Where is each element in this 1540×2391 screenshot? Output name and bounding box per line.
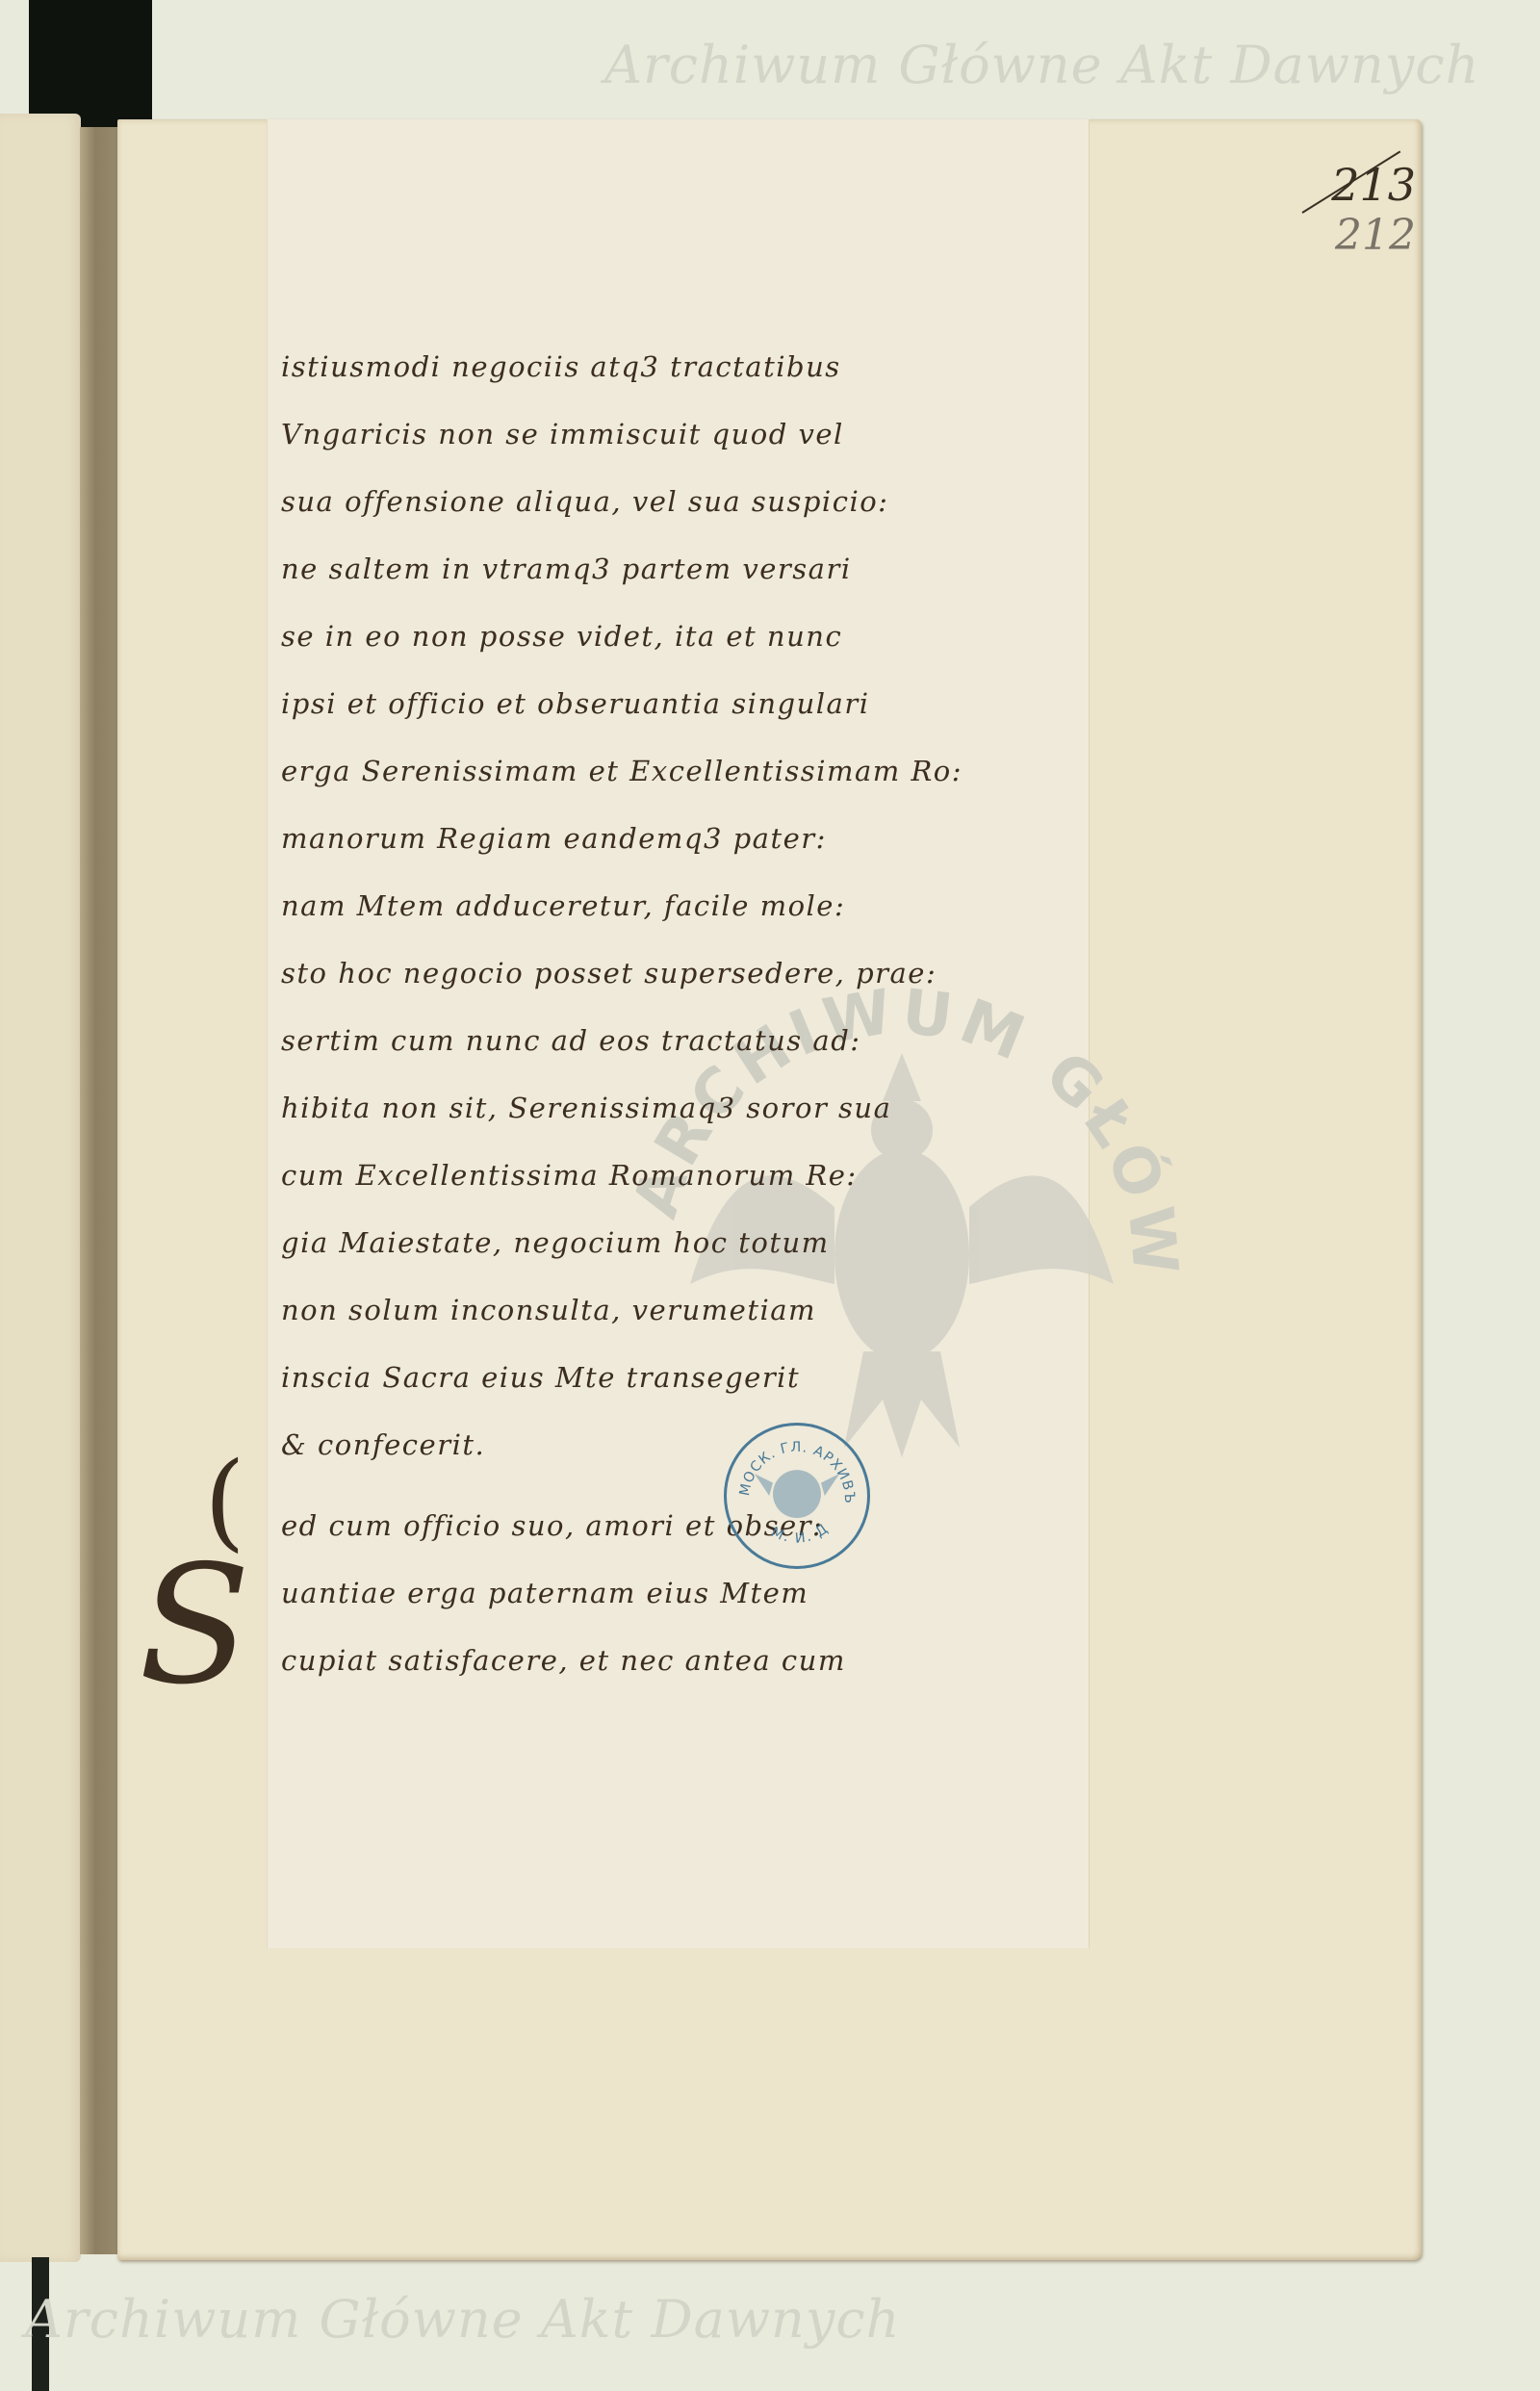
book-gutter bbox=[80, 127, 118, 2254]
text-line: gia Maiestate, negocium hoc totum bbox=[281, 1209, 1090, 1276]
folio-new-number: 212 bbox=[1331, 214, 1416, 258]
folio-old-number: 213 bbox=[1331, 162, 1416, 208]
archive-ink-stamp: МОСК. ГЛ. АРХИВЪ М. И. Д. bbox=[724, 1423, 870, 1569]
text-line: & confecerit. bbox=[281, 1411, 1090, 1478]
manuscript-text: istiusmodi negociis atq3 tractatibus Vng… bbox=[281, 333, 1090, 1694]
text-line: insciа Sacra eius Mte transegerit bbox=[281, 1344, 1090, 1411]
decorative-initial: S bbox=[139, 1544, 250, 1708]
text-line: sua offensione aliqua, vel sua suspicio: bbox=[281, 468, 1090, 535]
archive-watermark-bottom: Archiwum Główne Akt Dawnych bbox=[25, 2289, 900, 2350]
bookmark-ribbon-top bbox=[29, 0, 152, 127]
text-line: ipsi et officio et obseruantia singulari bbox=[281, 670, 1090, 737]
text-line: nam Mtem adduceretur, facile mole: bbox=[281, 872, 1090, 939]
text-line: cum Excellentissima Romanorum Re: bbox=[281, 1142, 1090, 1209]
text-line: Vngaricis non se immiscuit quod vel bbox=[281, 400, 1090, 468]
left-page-edge bbox=[0, 114, 81, 2262]
text-line: sto hoc negocio posset supersedere, prae… bbox=[281, 939, 1090, 1007]
text-line: istiusmodi negociis atq3 tractatibus bbox=[281, 333, 1090, 400]
stamp-emblem-icon: МОСК. ГЛ. АРХИВЪ М. И. Д. bbox=[727, 1426, 867, 1566]
text-line: uantiae erga paternam eius Mtem bbox=[281, 1559, 1090, 1627]
text-line: non solum inconsulta, verumetiam bbox=[281, 1276, 1090, 1344]
text-line: hibita non sit, Serenissimaq3 soror sua bbox=[281, 1074, 1090, 1142]
text-line: cupiat satisfacere, et nec antea cum bbox=[281, 1627, 1090, 1694]
text-line: se in eo non posse videt, ita et nunc bbox=[281, 603, 1090, 670]
text-line: sertim cum nunc ad eos tractatus ad: bbox=[281, 1007, 1090, 1074]
text-line: erga Serenissimam et Excellentissimam Ro… bbox=[281, 737, 1090, 805]
text-line: ed cum officio suo, amori et obser: bbox=[281, 1492, 1090, 1559]
archive-watermark-top: Archiwum Główne Akt Dawnych bbox=[604, 35, 1479, 95]
text-line: manorum Regiam eandemq3 pater: bbox=[281, 805, 1090, 872]
folio-number: 213 212 bbox=[1331, 162, 1416, 258]
manuscript-page: ARCHIWUM GŁÓWNE AKT DAWNYCH 213 212 isti… bbox=[117, 119, 1422, 2260]
text-line: ne saltem in vtramq3 partem versari bbox=[281, 535, 1090, 603]
